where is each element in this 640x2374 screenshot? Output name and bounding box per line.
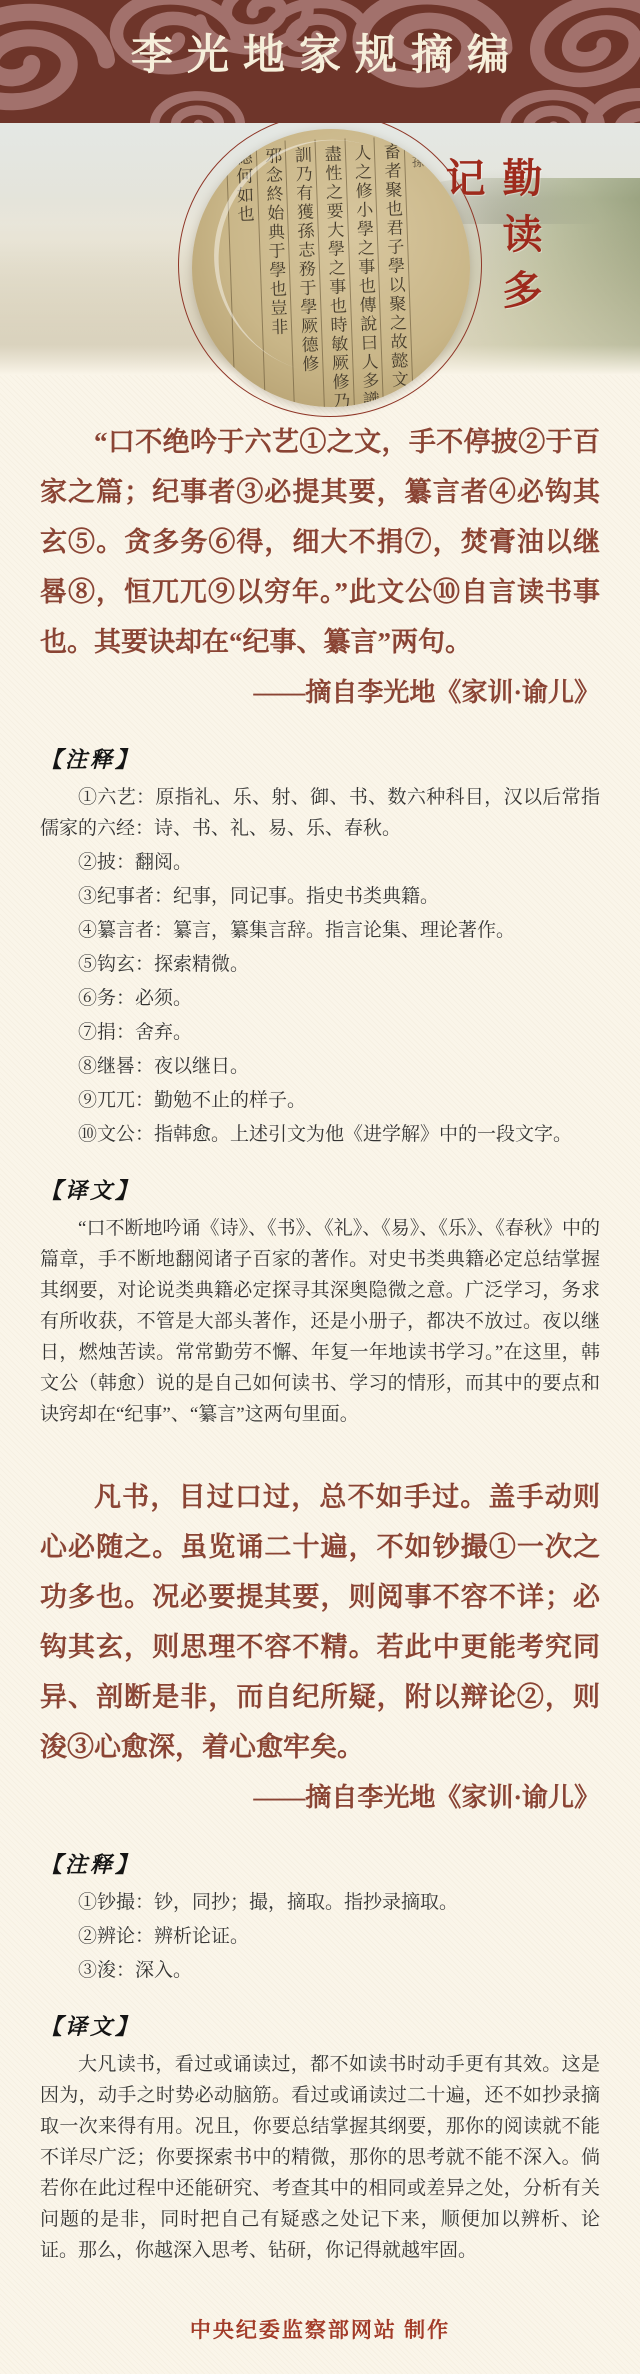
page-header: 李光地家规摘编 xyxy=(0,0,640,123)
note-item: ⑧继晷：夜以继日。 xyxy=(40,1051,600,1082)
notes-2-heading: 【注释】 xyxy=(40,1848,600,1879)
quote-2: 凡书，目过口过，总不如手过。盖手动则心必随之。虽览诵二十遍，不如钞撮①一次之功多… xyxy=(40,1472,600,1772)
note-item: ②披：翻阅。 xyxy=(40,847,600,878)
hero-photo: 仍孫 畜者聚也君子學以聚之故懿文 人之修小學之事也傳說曰人多識前言往行 盡性之要… xyxy=(0,123,640,375)
page-title: 李光地家规摘编 xyxy=(0,0,640,112)
note-item: ⑥务：必须。 xyxy=(40,983,600,1014)
translation-2-heading: 【译文】 xyxy=(40,2010,600,2041)
book-page: 仍孫 畜者聚也君子學以聚之故懿文 人之修小學之事也傳說曰人多識前言往行 盡性之要… xyxy=(192,129,470,407)
quote-1-attribution: ——摘自李光地《家训·谕儿》 xyxy=(40,667,600,719)
note-item: ①六艺：原指礼、乐、射、御、书、数六种科目，汉以后常指儒家的六经：诗、书、礼、易… xyxy=(40,782,600,844)
note-item: ⑦捐：舍弃。 xyxy=(40,1017,600,1048)
translation-1-heading: 【译文】 xyxy=(40,1174,600,1205)
note-item: ⑤钩玄：探索精微。 xyxy=(40,949,600,980)
quote-2-attribution: ——摘自李光地《家训·谕儿》 xyxy=(40,1772,600,1824)
note-item: ③纪事者：纪事，同记事。指史书类典籍。 xyxy=(40,881,600,912)
notes-1-heading: 【注释】 xyxy=(40,743,600,774)
quote-1: “口不绝吟于六艺①之文，手不停披②于百家之篇；纪事者③必提其要，纂言者④必钩其玄… xyxy=(40,417,600,667)
page: { "header": { "title": "李光地家规摘编" }, "pho… xyxy=(0,0,640,2344)
note-item: ⑩文公：指韩愈。上述引文为他《进学解》中的一段文字。 xyxy=(40,1119,600,1150)
note-item: ③浚：深入。 xyxy=(40,1955,600,1986)
note-item: ④纂言者：纂言，纂集言辞。指言论集、理论著作。 xyxy=(40,915,600,946)
translation-1-text: “口不断地吟诵《诗》、《书》、《礼》、《易》、《乐》、《春秋》中的篇章，手不断地… xyxy=(40,1213,600,1430)
main-content: “口不绝吟于六艺①之文，手不停披②于百家之篇；纪事者③必提其要，纂言者④必钩其玄… xyxy=(0,417,640,2344)
note-item: ⑨兀兀：勤勉不止的样子。 xyxy=(40,1085,600,1116)
translation-2-text: 大凡读书，看过或诵读过，都不如读书时动手更有其效。这是因为，动手之时势必动脑筋。… xyxy=(40,2049,600,2266)
note-item: ②辨论：辨析论证。 xyxy=(40,1921,600,1952)
note-item: ①钞撮：钞，同抄；撮，摘取。指抄录摘取。 xyxy=(40,1887,600,1918)
old-book-photo: 仍孫 畜者聚也君子學以聚之故懿文 人之修小學之事也傳說曰人多識前言往行 盡性之要… xyxy=(192,129,470,407)
vertical-motto: 勤读多记 xyxy=(434,157,548,375)
